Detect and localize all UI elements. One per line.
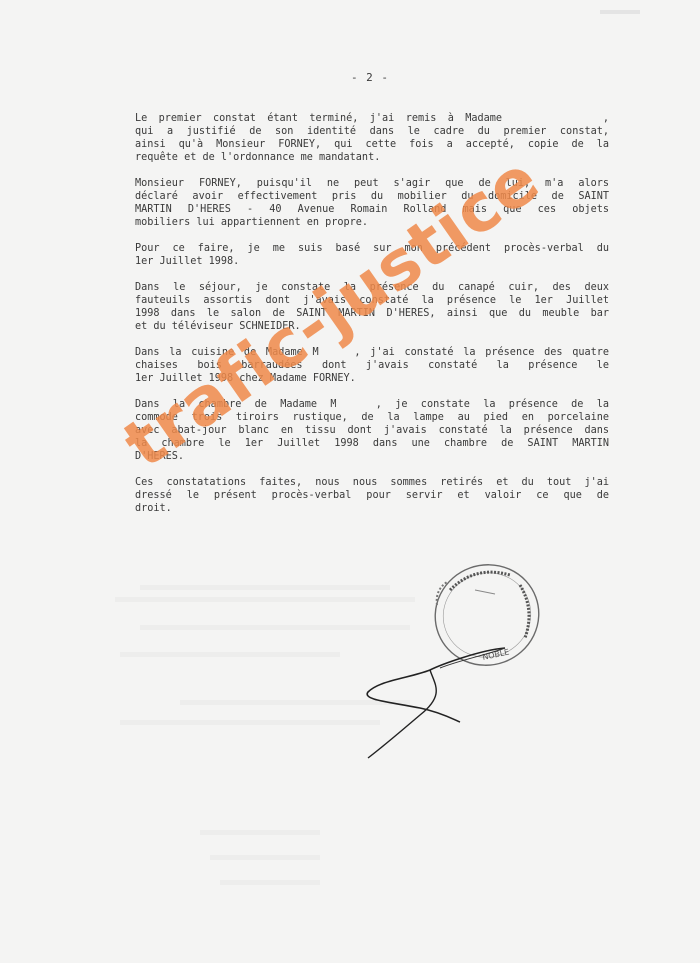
text-line: Pour ce faire, je me suis basé sur mon p… bbox=[135, 242, 609, 255]
paragraph: Pour ce faire, je me suis basé sur mon p… bbox=[135, 242, 609, 268]
signature bbox=[360, 640, 510, 760]
text-line: Ces constatations faites, nous nous somm… bbox=[135, 476, 609, 489]
bleed-through bbox=[140, 625, 410, 630]
redacted-name bbox=[336, 398, 362, 411]
text-line: ainsi qu'à Monsieur FORNEY, qui cette fo… bbox=[135, 138, 609, 151]
text-line: Dans la chambre de Madame M , je constat… bbox=[135, 398, 609, 411]
paragraph: Dans le séjour, je constate la présence … bbox=[135, 281, 609, 333]
text-line: commode trois tiroirs rustique, de la la… bbox=[135, 411, 609, 424]
scan-artifact bbox=[600, 10, 640, 14]
text-line: 1er Juillet 1998 chez Madame FORNEY. bbox=[135, 372, 609, 385]
redacted-name bbox=[319, 346, 345, 359]
text-line: requête et de l'ordonnance me mandatant. bbox=[135, 151, 609, 164]
text-line: mobiliers lui appartiennent en propre. bbox=[135, 216, 609, 229]
text-line: déclaré avoir effectivement pris du mobi… bbox=[135, 190, 609, 203]
text-line: et du téléviseur SCHNEIDER. bbox=[135, 320, 609, 333]
bleed-through bbox=[210, 855, 320, 860]
bleed-through bbox=[140, 585, 390, 590]
text-line: droit. bbox=[135, 502, 609, 515]
bleed-through bbox=[120, 720, 380, 725]
text-line: Dans la cuisine de Madame M , j'ai const… bbox=[135, 346, 609, 359]
bleed-through bbox=[200, 830, 320, 835]
text-line: fauteuils assortis dont j'avais constaté… bbox=[135, 294, 609, 307]
text-line: qui a justifié de son identité dans le c… bbox=[135, 125, 609, 138]
text-line: 1998 dans le salon de SAINT MARTIN D'HER… bbox=[135, 307, 609, 320]
paragraph: Ces constatations faites, nous nous somm… bbox=[135, 476, 609, 515]
text-line: MARTIN D'HERES - 40 Avenue Romain Rollan… bbox=[135, 203, 609, 216]
document-page: - 2 - Le premier constat étant terminé, … bbox=[0, 0, 700, 963]
paragraph: Le premier constat étant terminé, j'ai r… bbox=[135, 112, 609, 164]
bleed-through bbox=[220, 880, 320, 885]
paragraph: Dans la chambre de Madame M , je constat… bbox=[135, 398, 609, 463]
paragraph: Dans la cuisine de Madame M , j'ai const… bbox=[135, 346, 609, 385]
text-line: dressé le présent procès-verbal pour ser… bbox=[135, 489, 609, 502]
paragraph: Monsieur FORNEY, puisqu'il ne peut s'agi… bbox=[135, 177, 609, 229]
text-line: Le premier constat étant terminé, j'ai r… bbox=[135, 112, 609, 125]
bleed-through bbox=[115, 597, 415, 602]
redacted-name bbox=[513, 112, 591, 125]
text-line: Monsieur FORNEY, puisqu'il ne peut s'agi… bbox=[135, 177, 609, 190]
bleed-through bbox=[120, 652, 340, 657]
text-line: chaises bois barraudées dont j'avais con… bbox=[135, 359, 609, 372]
document-body: Le premier constat étant terminé, j'ai r… bbox=[135, 112, 609, 528]
text-line: Dans le séjour, je constate la présence … bbox=[135, 281, 609, 294]
text-line: D'HERES. bbox=[135, 450, 609, 463]
text-line: avec abat-jour blanc en tissu dont j'ava… bbox=[135, 424, 609, 437]
text-line: 1er Juillet 1998. bbox=[135, 255, 609, 268]
text-line: la chambre le 1er Juillet 1998 dans une … bbox=[135, 437, 609, 450]
page-number: - 2 - bbox=[0, 71, 700, 84]
